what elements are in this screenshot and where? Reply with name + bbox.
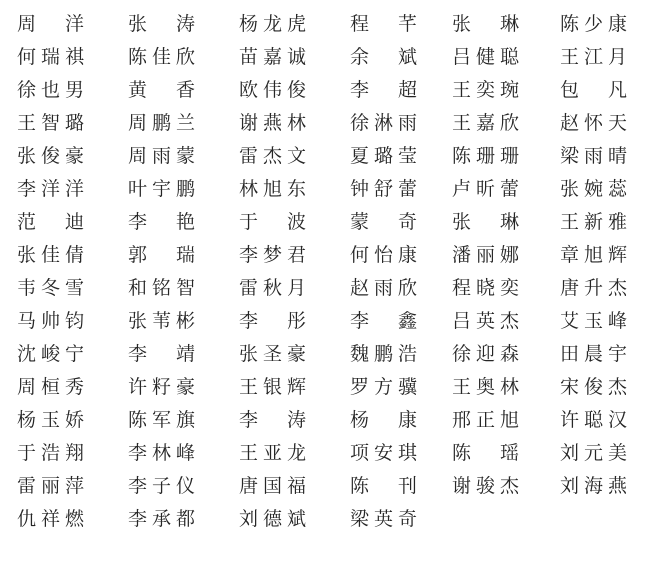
name-cell: 田晨宇 (560, 338, 667, 371)
name-cell: 王奥林 (452, 371, 560, 404)
name-cell: 王奕琬 (452, 74, 560, 107)
name-cell: 周 洋 (17, 8, 128, 41)
name-cell: 陈少康 (560, 8, 667, 41)
name-cell: 梁英奇 (350, 503, 452, 536)
name-cell: 王银辉 (239, 371, 350, 404)
name-cell: 张 涛 (128, 8, 239, 41)
name-cell: 林旭东 (239, 173, 350, 206)
name-cell: 何瑞祺 (17, 41, 128, 74)
name-cell: 韦冬雪 (17, 272, 128, 305)
name-cell: 李 艳 (128, 206, 239, 239)
name-cell: 王新雅 (560, 206, 667, 239)
name-cell: 王江月 (560, 41, 667, 74)
name-list-page: 周 洋张 涛杨龙虎程 芊张 琳陈少康何瑞祺陈佳欣苗嘉诚余 斌吕健聪王江月徐也男黄… (0, 0, 667, 566)
name-cell: 李 靖 (128, 338, 239, 371)
name-cell: 谢骏杰 (452, 470, 560, 503)
name-cell: 蒙 奇 (350, 206, 452, 239)
name-cell: 杨 康 (350, 404, 452, 437)
name-cell: 许聪汉 (560, 404, 667, 437)
name-cell: 仇祥燃 (17, 503, 128, 536)
name-cell: 陈 刊 (350, 470, 452, 503)
name-cell: 项安琪 (350, 437, 452, 470)
name-cell: 雷秋月 (239, 272, 350, 305)
name-cell: 唐国福 (239, 470, 350, 503)
name-cell: 章旭辉 (560, 239, 667, 272)
name-cell: 苗嘉诚 (239, 41, 350, 74)
name-cell: 和铭智 (128, 272, 239, 305)
name-cell: 陈 瑶 (452, 437, 560, 470)
name-cell: 郭 瑞 (128, 239, 239, 272)
name-cell: 马帅钧 (17, 305, 128, 338)
name-cell: 王亚龙 (239, 437, 350, 470)
name-cell: 潘丽娜 (452, 239, 560, 272)
name-cell: 沈峻宁 (17, 338, 128, 371)
name-cell: 李梦君 (239, 239, 350, 272)
name-cell: 王嘉欣 (452, 107, 560, 140)
name-cell: 刘元美 (560, 437, 667, 470)
name-cell: 赵怀天 (560, 107, 667, 140)
name-cell: 许籽豪 (128, 371, 239, 404)
name-cell: 张 琳 (452, 8, 560, 41)
name-cell: 唐升杰 (560, 272, 667, 305)
name-cell: 艾玉峰 (560, 305, 667, 338)
name-cell: 张圣豪 (239, 338, 350, 371)
name-cell: 张 琳 (452, 206, 560, 239)
name-cell: 程晓奕 (452, 272, 560, 305)
name-cell: 赵雨欣 (350, 272, 452, 305)
name-cell: 张俊豪 (17, 140, 128, 173)
name-cell: 吕健聪 (452, 41, 560, 74)
name-cell: 张婉蕊 (560, 173, 667, 206)
name-cell: 刘德斌 (239, 503, 350, 536)
name-cell: 杨玉娇 (17, 404, 128, 437)
name-cell: 陈佳欣 (128, 41, 239, 74)
name-cell: 雷杰文 (239, 140, 350, 173)
name-cell: 张苇彬 (128, 305, 239, 338)
name-cell: 魏鹏浩 (350, 338, 452, 371)
name-cell: 黄 香 (128, 74, 239, 107)
name-cell: 罗方骥 (350, 371, 452, 404)
name-cell: 包 凡 (560, 74, 667, 107)
name-cell: 雷丽萍 (17, 470, 128, 503)
name-cell: 吕英杰 (452, 305, 560, 338)
name-cell: 李 鑫 (350, 305, 452, 338)
name-cell: 程 芊 (350, 8, 452, 41)
name-cell: 欧伟俊 (239, 74, 350, 107)
name-cell: 余 斌 (350, 41, 452, 74)
name-cell: 王智璐 (17, 107, 128, 140)
name-cell: 张佳倩 (17, 239, 128, 272)
name-cell: 陈珊珊 (452, 140, 560, 173)
name-cell: 徐淋雨 (350, 107, 452, 140)
name-cell: 谢燕林 (239, 107, 350, 140)
name-cell: 周桓秀 (17, 371, 128, 404)
name-cell: 李林峰 (128, 437, 239, 470)
name-cell: 周雨蒙 (128, 140, 239, 173)
name-cell: 李 彤 (239, 305, 350, 338)
name-cell: 李子仪 (128, 470, 239, 503)
name-cell: 刘海燕 (560, 470, 667, 503)
name-cell: 于浩翔 (17, 437, 128, 470)
name-cell: 徐迎森 (452, 338, 560, 371)
name-cell: 李 涛 (239, 404, 350, 437)
name-cell: 李承都 (128, 503, 239, 536)
name-cell: 宋俊杰 (560, 371, 667, 404)
name-cell: 杨龙虎 (239, 8, 350, 41)
name-grid: 周 洋张 涛杨龙虎程 芊张 琳陈少康何瑞祺陈佳欣苗嘉诚余 斌吕健聪王江月徐也男黄… (17, 8, 667, 536)
name-cell: 钟舒蕾 (350, 173, 452, 206)
name-cell: 徐也男 (17, 74, 128, 107)
name-cell: 叶宇鹏 (128, 173, 239, 206)
name-cell: 何怡康 (350, 239, 452, 272)
name-cell: 于 波 (239, 206, 350, 239)
name-cell: 陈军旗 (128, 404, 239, 437)
name-cell: 邢正旭 (452, 404, 560, 437)
name-cell: 梁雨晴 (560, 140, 667, 173)
name-cell: 范 迪 (17, 206, 128, 239)
name-cell: 李 超 (350, 74, 452, 107)
name-cell: 周鹏兰 (128, 107, 239, 140)
name-cell: 夏璐莹 (350, 140, 452, 173)
name-cell: 李洋洋 (17, 173, 128, 206)
name-cell: 卢昕蕾 (452, 173, 560, 206)
